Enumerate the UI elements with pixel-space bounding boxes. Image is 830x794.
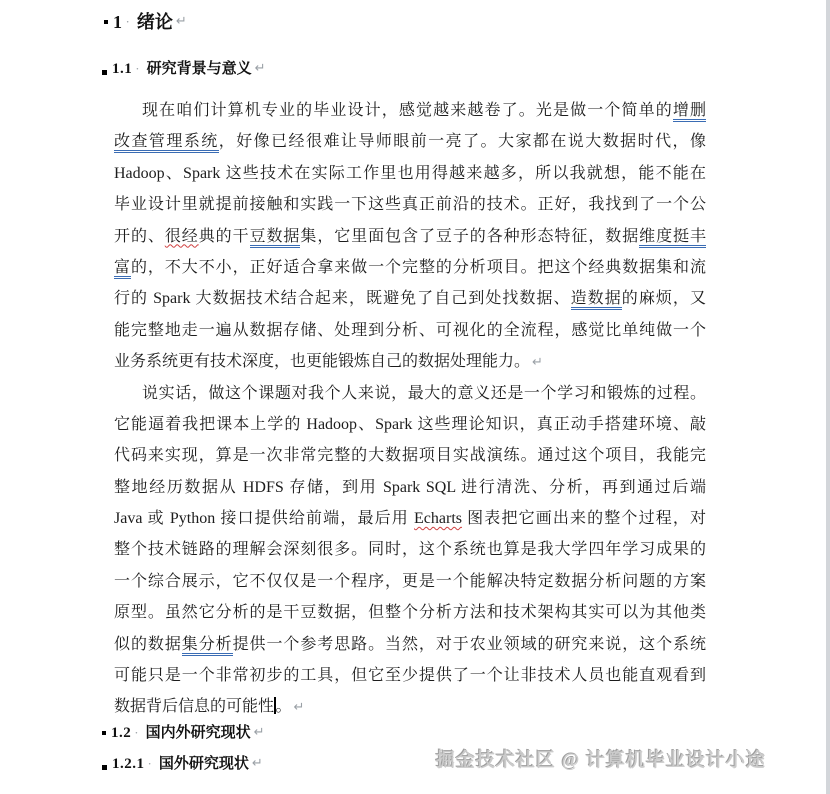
text-run: 数据背后信息的可能性 [114, 698, 274, 715]
text-run: 它能逼着我把课本上学的 Hadoop、Spark 这些理论知识，真正动手搭建环境… [114, 416, 706, 433]
text-line: 整个技术链路的理解会深刻很多。同时，这个系统也算是我大学四年学习成果的 [114, 534, 706, 565]
heading-label: 国外研究现状 [159, 753, 249, 775]
grammar-underlined-text: 维度挺丰 [639, 228, 706, 248]
paragraph-mark-icon: ↵ [294, 700, 305, 715]
heading-anchor-square-icon [104, 20, 108, 24]
paragraph-mark-icon: ↵ [252, 753, 263, 775]
text-run: 似的数据 [114, 636, 182, 653]
text-run: Java 或 Python 接口提供给前端，最后用 [114, 510, 414, 527]
text-run: 毕业设计里就提前接触和实践一下这些真正前沿的技术。正好，我找到了一个公 [114, 196, 706, 213]
text-line: 行的 Spark 大数据技术结合起来，既避免了自己到处找数据、造数据的麻烦，又 [114, 283, 706, 314]
grammar-underlined-text: 豆数据 [250, 228, 301, 248]
space-format-mark: · [126, 9, 130, 35]
heading-number: 1.2 [111, 722, 131, 744]
grammar-underlined-text: 富 [114, 259, 131, 279]
text-line: 可能只是一个非常初步的工具，但它至少提供了一个让非技术人员也能直观看到 [114, 660, 706, 691]
text-line: 说实话，做这个课题对我个人来说，最大的意义还是一个学习和锻炼的过程。 [114, 378, 706, 409]
text-line: 代码来实现，算是一次非常完整的大数据项目实战演练。通过这个项目，我能完 [114, 440, 706, 471]
heading-anchor-square-icon [102, 70, 107, 75]
text-line: 毕业设计里就提前接触和实践一下这些真正前沿的技术。正好，我找到了一个公 [114, 189, 706, 220]
heading-number: 1.2.1 [112, 753, 145, 775]
heading-1-2-1-subsection: 1.2.1 · 国外研究现状 ↵ [102, 753, 263, 775]
heading-anchor-square-icon [102, 731, 106, 735]
watermark-text: 掘金技术社区 @ 计算机毕业设计小途 [436, 745, 766, 772]
space-format-mark: · [134, 722, 138, 744]
spellcheck-flagged-text: 很经 [165, 228, 199, 245]
text-line: 整地经历数据从 HDFS 存储，到用 Spark SQL 进行清洗、分析，再到通… [114, 472, 706, 503]
text-run: 的麻烦，又 [622, 290, 706, 307]
window-edge [826, 0, 830, 794]
text-run: 原型。虽然它分析的是干豆数据，但整个分析方法和技术架构其实可以为其他类 [114, 604, 706, 621]
text-run: 能完整地走一遍从数据存储、处理到分析、可视化的全流程，感觉比单纯做一个 [114, 322, 706, 339]
text-line: 原型。虽然它分析的是干豆数据，但整个分析方法和技术架构其实可以为其他类 [114, 597, 706, 628]
text-run: 典的干 [199, 228, 250, 245]
space-format-mark: · [135, 58, 139, 80]
text-line: 开的、很经典的干豆数据集，它里面包含了豆子的各种形态特征，数据维度挺丰 [114, 221, 706, 252]
text-run: 集，它里面包含了豆子的各种形态特征，数据 [300, 228, 639, 245]
text-run: 开的、 [114, 228, 165, 245]
heading-label: 国内外研究现状 [146, 722, 251, 744]
text-line: Java 或 Python 接口提供给前端，最后用 Echarts 图表把它画出… [114, 503, 706, 534]
grammar-underlined-text: 增删 [673, 102, 706, 122]
heading-1-1-section: 1.1 · 研究背景与意义 ↵ [102, 58, 266, 80]
text-line: 它能逼着我把课本上学的 Hadoop、Spark 这些理论知识，真正动手搭建环境… [114, 409, 706, 440]
text-line: 数据背后信息的可能性。↵ [114, 691, 706, 722]
grammar-underlined-text: 改查管理系统 [114, 133, 219, 153]
text-run: 说实话，做这个课题对我个人来说，最大的意义还是一个学习和锻炼的过程。 [142, 385, 706, 402]
paragraph-mark-icon: ↵ [532, 355, 543, 370]
text-line: Hadoop、Spark 这些技术在实际工作里也用得越来越多，所以我就想，能不能… [114, 158, 706, 189]
text-run: ，好像已经很难让导师眼前一亮了。大家都在说大数据时代，像 [219, 133, 706, 150]
document-body-text[interactable]: 现在咱们计算机专业的毕业设计，感觉越来越卷了。光是做一个简单的增删改查管理系统，… [114, 95, 706, 723]
heading-anchor-square-icon [102, 765, 107, 770]
text-run: 整地经历数据从 HDFS 存储，到用 Spark SQL 进行清洗、分析，再到通… [114, 479, 706, 496]
text-run: 提供一个参考思路。当然，对于农业领域的研究来说，这个系统 [233, 636, 706, 653]
text-run: Hadoop、Spark 这些技术在实际工作里也用得越来越多，所以我就想，能不能… [114, 165, 706, 182]
heading-label: 绪论 [137, 9, 173, 35]
text-run: 。 [276, 698, 292, 715]
text-run: 行的 Spark 大数据技术结合起来，既避免了自己到处找数据、 [114, 290, 571, 307]
text-run: 的，不大不小，正好适合拿来做一个完整的分析项目。把这个经典数据集和流 [131, 259, 706, 276]
grammar-underlined-text: 造数据 [571, 290, 622, 310]
text-line: 一个综合展示，它不仅仅是一个程序，更是一个能解决特定数据分析问题的方案 [114, 566, 706, 597]
text-run: 整个技术链路的理解会深刻很多。同时，这个系统也算是我大学四年学习成果的 [114, 541, 706, 558]
heading-number: 1 [113, 9, 123, 35]
text-line: 业务系统更有技术深度，也更能锻炼自己的数据处理能力。↵ [114, 346, 706, 377]
document-page: 1 · 绪论 ↵ 1.1 · 研究背景与意义 ↵ 现在咱们计算机专业的毕业设计，… [0, 0, 830, 794]
text-run: 可能只是一个非常初步的工具，但它至少提供了一个让非技术人员也能直观看到 [114, 667, 706, 684]
heading-1-2-section: 1.2 · 国内外研究现状 ↵ [102, 722, 265, 744]
text-run: 业务系统更有技术深度，也更能锻炼自己的数据处理能力。 [114, 353, 530, 370]
paragraph-mark-icon: ↵ [254, 722, 265, 744]
text-run: 代码来实现，算是一次非常完整的大数据项目实战演练。通过这个项目，我能完 [114, 447, 706, 464]
paragraph-mark-icon: ↵ [176, 9, 187, 35]
heading-number: 1.1 [112, 58, 132, 80]
text-line: 改查管理系统，好像已经很难让导师眼前一亮了。大家都在说大数据时代，像 [114, 126, 706, 157]
spellcheck-flagged-text: Echarts [414, 510, 462, 527]
text-line: 能完整地走一遍从数据存储、处理到分析、可视化的全流程，感觉比单纯做一个 [114, 315, 706, 346]
text-run: 一个综合展示，它不仅仅是一个程序，更是一个能解决特定数据分析问题的方案 [114, 573, 706, 590]
heading-label: 研究背景与意义 [147, 58, 252, 80]
grammar-underlined-text: 集分析 [182, 636, 233, 656]
heading-1-chapter: 1 · 绪论 ↵ [104, 9, 187, 35]
text-line: 似的数据集分析提供一个参考思路。当然，对于农业领域的研究来说，这个系统 [114, 629, 706, 660]
text-run: 图表把它画出来的整个过程，对 [462, 510, 706, 527]
text-run: 现在咱们计算机专业的毕业设计，感觉越来越卷了。光是做一个简单的 [142, 102, 673, 119]
space-format-mark: · [148, 753, 152, 775]
text-line: 现在咱们计算机专业的毕业设计，感觉越来越卷了。光是做一个简单的增删 [114, 95, 706, 126]
text-line: 富的，不大不小，正好适合拿来做一个完整的分析项目。把这个经典数据集和流 [114, 252, 706, 283]
paragraph-mark-icon: ↵ [255, 58, 266, 80]
